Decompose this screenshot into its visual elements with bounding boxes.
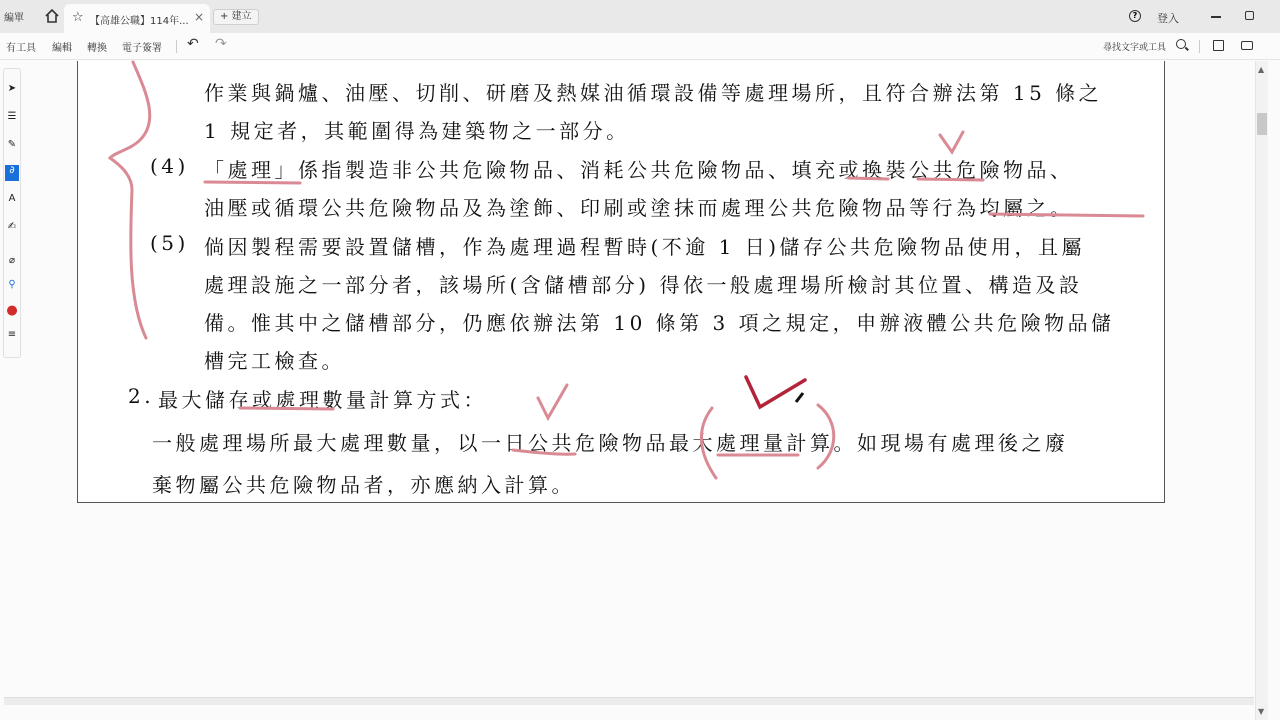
redo-icon[interactable]: ↷ bbox=[215, 36, 227, 52]
text-line: 槽完工檢查。 bbox=[204, 345, 345, 374]
text-line: 作業與鍋爐、油壓、切削、研磨及熱媒油循環設備等處理場所，且符合辦法第 15 條之 bbox=[204, 77, 1102, 106]
minimize-icon[interactable] bbox=[1211, 16, 1221, 18]
search-tools-label[interactable]: 尋找文字或工具 bbox=[1103, 40, 1166, 53]
title-bar: 編單 ☆ 【高雄公職】114年... × + 建立 ? 登入 bbox=[0, 0, 1280, 33]
toolbar-esign[interactable]: 電子簽署 bbox=[122, 39, 162, 54]
stamp-tool-icon[interactable]: ✍ bbox=[5, 221, 19, 237]
save-icon[interactable] bbox=[1213, 40, 1224, 51]
section-number: 2. bbox=[128, 384, 154, 408]
pen-tool-icon[interactable]: ✎ bbox=[5, 139, 19, 155]
color-picker-icon[interactable]: ● bbox=[5, 303, 19, 319]
home-icon[interactable] bbox=[44, 8, 60, 24]
plus-icon: + bbox=[220, 11, 232, 22]
new-tab-label: 建立 bbox=[232, 11, 252, 22]
new-tab-button[interactable]: + 建立 bbox=[213, 9, 259, 25]
tab-title: 【高雄公職】114年... bbox=[90, 12, 189, 27]
text-line: 「處理」係指製造非公共危險物品、消耗公共危險物品、填充或換裝公共危險物品、 bbox=[204, 154, 1074, 183]
more-tools-icon[interactable]: ≡ bbox=[5, 329, 19, 345]
divider bbox=[1199, 40, 1200, 53]
print-icon[interactable] bbox=[1241, 41, 1253, 50]
text-line: 備。惟其中之儲槽部分，仍應依辦法第 10 條第 3 項之規定，申辦液體公共危險物… bbox=[204, 307, 1115, 336]
section-heading: 最大儲存或處理數量計算方式： bbox=[158, 384, 487, 413]
scroll-down-icon[interactable]: ▼ bbox=[1258, 707, 1264, 716]
comment-tool-icon[interactable]: ☰ bbox=[5, 111, 19, 127]
text-line: 1 規定者，其範圍得為建築物之一部分。 bbox=[204, 115, 630, 144]
eraser-tool-icon[interactable]: ⌀ bbox=[5, 255, 19, 271]
toolbar-all-tools[interactable]: 有工具 bbox=[6, 39, 36, 54]
divider bbox=[176, 40, 177, 53]
text-line: 棄物屬公共危險物品者，亦應納入計算。 bbox=[152, 469, 575, 498]
scroll-thumb[interactable] bbox=[1257, 113, 1267, 135]
draw-tool-icon[interactable]: ∂ bbox=[5, 165, 19, 181]
pdf-page: 作業與鍋爐、油壓、切削、研磨及熱媒油循環設備等處理場所，且符合辦法第 15 條之… bbox=[77, 61, 1165, 503]
undo-icon[interactable]: ↶ bbox=[187, 36, 199, 52]
text-line: 處理設施之一部分者，該場所(含儲槽部分) 得依一般處理場所檢討其位置、構造及設 bbox=[204, 269, 1082, 298]
select-tool-icon[interactable]: ➤ bbox=[5, 83, 19, 99]
text-line: 油壓或循環公共危險物品及為塗飾、印刷或塗抹而處理公共危險物品等行為均屬之。 bbox=[204, 192, 1074, 221]
horizontal-scrollbar[interactable] bbox=[4, 697, 1254, 705]
annotation-toolbar: ➤ ☰ ✎ ∂ A ✍ ⌀ ⚲ ● ≡ bbox=[3, 68, 21, 358]
text-line: 倘因製程需要設置儲槽，作為處理過程暫時(不逾 1 日)儲存公共危險物品使用，且屬 bbox=[204, 231, 1085, 260]
toolbar-convert[interactable]: 轉換 bbox=[87, 39, 107, 54]
scroll-up-icon[interactable]: ▲ bbox=[1258, 65, 1264, 74]
right-side-panel bbox=[1268, 61, 1280, 720]
search-icon[interactable] bbox=[1176, 39, 1186, 49]
vertical-scrollbar[interactable]: ▲ ▼ bbox=[1255, 61, 1268, 720]
text-select-tool-icon[interactable]: A bbox=[5, 193, 19, 209]
login-button[interactable]: 登入 bbox=[1157, 10, 1179, 26]
toolbar: 有工具 編輯 轉換 電子簽署 ↶ ↷ 尋找文字或工具 bbox=[0, 33, 1280, 60]
item-number: (4) bbox=[150, 154, 189, 178]
document-tab[interactable]: ☆ 【高雄公職】114年... × bbox=[64, 4, 210, 33]
item-number: (5) bbox=[150, 231, 189, 255]
star-icon[interactable]: ☆ bbox=[72, 10, 84, 25]
toolbar-edit[interactable]: 編輯 bbox=[52, 39, 72, 54]
pin-tool-icon[interactable]: ⚲ bbox=[5, 279, 19, 295]
document-viewer[interactable]: 作業與鍋爐、油壓、切削、研磨及熱媒油循環設備等處理場所，且符合辦法第 15 條之… bbox=[24, 61, 1255, 697]
close-tab-icon[interactable]: × bbox=[194, 10, 204, 24]
maximize-icon[interactable] bbox=[1245, 11, 1254, 20]
text-line: 一般處理場所最大處理數量，以一日公共危險物品最大處理量計算。如現場有處理後之廢 bbox=[152, 427, 1069, 456]
help-icon[interactable]: ? bbox=[1129, 10, 1141, 22]
menu-button[interactable]: 編單 bbox=[4, 9, 24, 24]
